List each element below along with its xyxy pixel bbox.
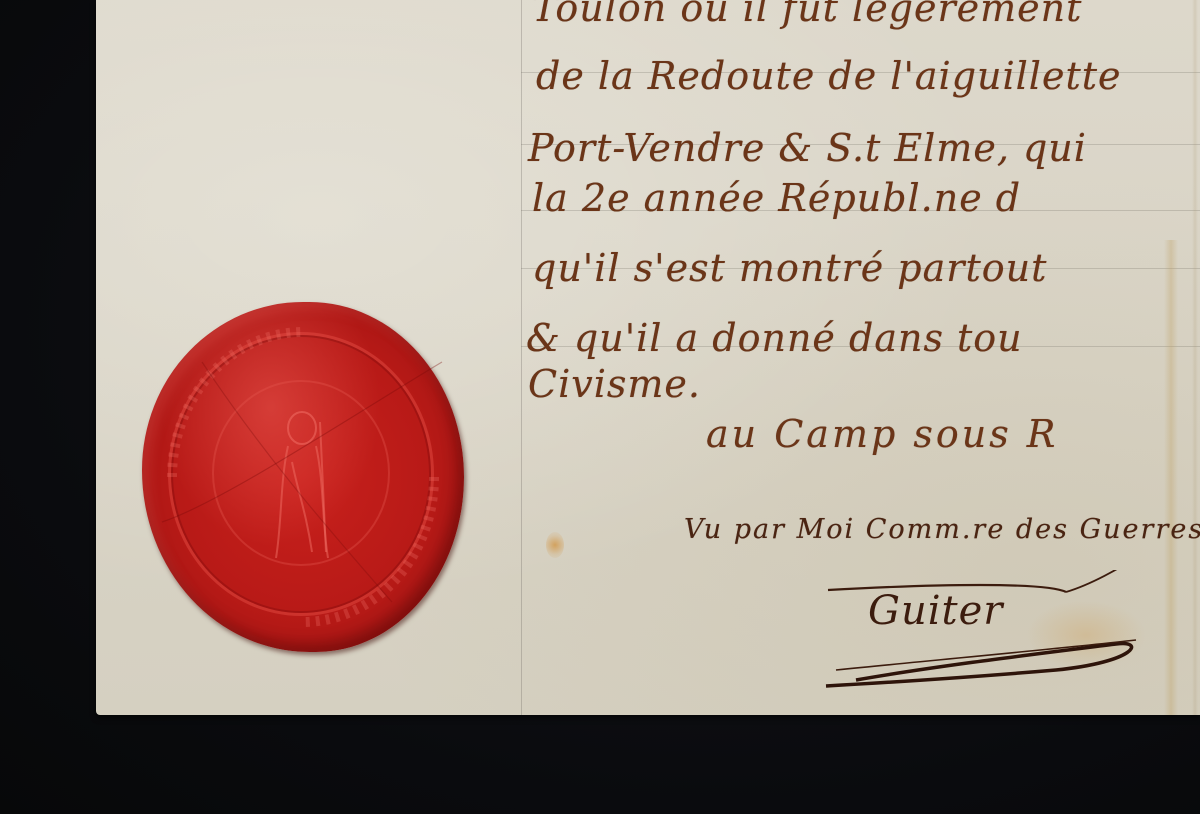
manuscript-place-line: au Camp sous R [706,412,1058,456]
manuscript-line-5: qu'il s'est montré partout [532,246,1047,290]
manuscript-line-3: Port-Vendre & S.t Elme, qui [528,126,1087,170]
manuscript-line-2: de la Redoute de l'aiguillette [536,54,1121,98]
foxing-spot [546,532,564,558]
manuscript-line-6: & qu'il a donné dans tou [526,316,1023,360]
signature: Guiter [868,588,1003,634]
attestation-line: Vu par Moi Comm.re des Guerres [684,514,1200,545]
manuscript-line-7: Civisme. [528,362,701,406]
wax-seal [142,302,464,652]
pencil-margin-line [521,0,522,715]
manuscript-line-4: la 2e année Républ.ne d [532,176,1021,220]
seal-legend-ring [142,302,464,652]
manuscript-line-1: Toulon où il fut légèrement [532,0,1082,30]
